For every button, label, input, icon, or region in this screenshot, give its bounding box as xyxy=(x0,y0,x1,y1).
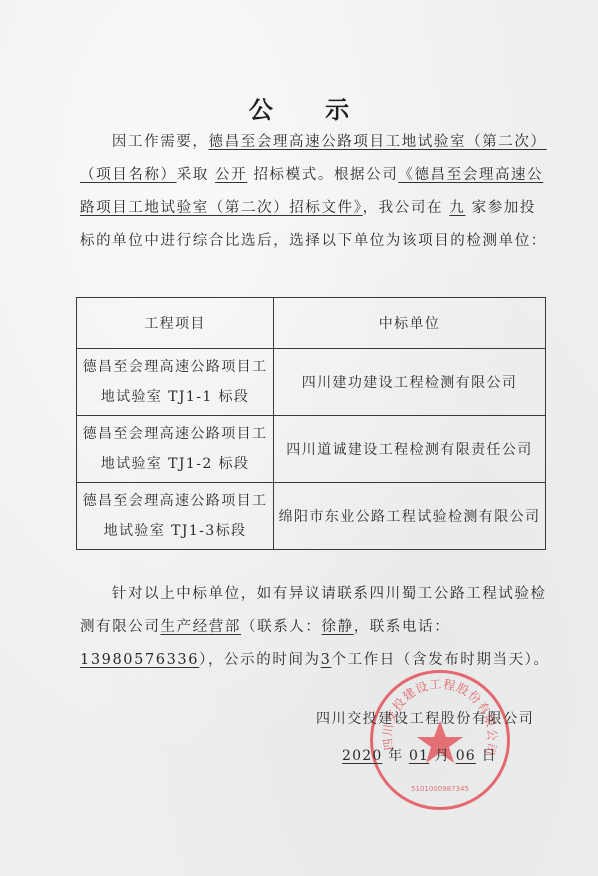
date-month: 01 xyxy=(409,748,429,764)
table-row: 德昌至会理高速公路项目工地试验室 TJ1-1 标段 四川建功建设工程检测有限公司 xyxy=(77,349,546,416)
intro-text: 采取 xyxy=(177,167,209,183)
objection-text: ），公示的时间为 xyxy=(199,652,321,668)
table-header-row: 工程项目 中标单位 xyxy=(77,298,546,349)
contact-person: 徐静 xyxy=(322,619,354,635)
date-year: 2020 xyxy=(342,748,382,764)
objection-text: ，联系电话： xyxy=(354,619,451,635)
winner-cell: 绵阳市东业公路工程试验检测有限公司 xyxy=(274,483,546,550)
intro-text: 招标模式。根据公司 xyxy=(253,167,398,183)
bidder-count: 九 xyxy=(449,200,465,216)
winner-cell: 四川建功建设工程检测有限公司 xyxy=(274,349,546,416)
intro-paragraph: 因工作需要，德昌至会理高速公路项目工地试验室（第二次）（项目名称）采取 公开 招… xyxy=(80,126,550,258)
signer-company: 四川交投建设工程股份有限公司 xyxy=(316,708,534,728)
bid-method: 公开 xyxy=(215,167,247,183)
table-row: 德昌至会理高速公路项目工地试验室 TJ1-3标段 绵阳市东业公路工程试验检测有限… xyxy=(77,483,546,550)
contact-phone: 13980576336 xyxy=(80,652,199,668)
award-table: 工程项目 中标单位 德昌至会理高速公路项目工地试验室 TJ1-1 标段 四川建功… xyxy=(76,297,546,550)
project-cell: 德昌至会理高速公路项目工地试验室 TJ1-3标段 xyxy=(77,483,274,550)
page-title: 公 示 xyxy=(0,90,598,125)
winner-cell: 四川道诚建设工程检测有限责任公司 xyxy=(274,416,546,483)
publicity-days: 3 xyxy=(321,652,332,668)
column-header-winner: 中标单位 xyxy=(274,298,546,349)
department: 生产经营部 xyxy=(161,619,242,635)
table-row: 德昌至会理高速公路项目工地试验室 TJ1-2 标段 四川道诚建设工程检测有限责任… xyxy=(77,416,546,483)
project-cell: 德昌至会理高速公路项目工地试验室 TJ1-2 标段 xyxy=(77,416,274,483)
intro-text: ，我公司在 xyxy=(363,200,444,216)
date-day-label: 日 xyxy=(482,748,497,764)
date-year-label: 年 xyxy=(388,748,403,764)
intro-text: 因工作需要， xyxy=(112,134,209,150)
column-header-project: 工程项目 xyxy=(77,298,274,349)
objection-text: 个工作日（含发布时期当天）。 xyxy=(331,652,549,668)
date-day: 06 xyxy=(456,748,476,764)
objection-text: （联系人： xyxy=(241,619,322,635)
objection-paragraph: 针对以上中标单位，如有异议请联系四川蜀工公路工程试验检测有限公司生产经营部（联系… xyxy=(80,578,550,677)
project-cell: 德昌至会理高速公路项目工地试验室 TJ1-1 标段 xyxy=(77,349,274,416)
date-month-label: 月 xyxy=(435,748,450,764)
issue-date: 2020 年 01 月 06 日 xyxy=(342,745,497,765)
